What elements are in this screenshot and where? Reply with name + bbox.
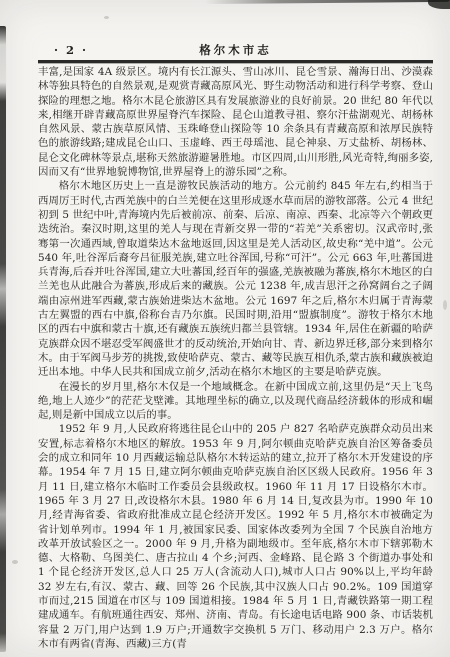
page-header: · 2 · 格尔木市志 [38,42,433,58]
running-title: 格尔木市志 [38,42,433,58]
paragraph-tourism: 丰富,是国家 4A 级景区。境内有长江源头、雪山冰川、昆仑雪景、瀚海日出、沙漠森… [38,65,433,179]
scanned-book-page: · 2 · 格尔木市志 丰富,是国家 4A 级景区。境内有长江源头、雪山冰川、昆… [0,0,450,657]
scan-edge-artifact-top [205,0,450,4]
paragraph-modern-development: 1952 年 9 月,人民政府将逃往昆仑山中的 205 户 827 名哈萨克族群… [38,422,433,651]
paragraph-history: 格尔木地区历史上一直是游牧民族活动的地方。公元前约 845 年左右,约相当于西周… [38,179,433,379]
scan-speck [12,560,18,564]
scan-speck [443,300,447,310]
page-body: 丰富,是国家 4A 级景区。境内有长江源头、雪山冰川、昆仑雪景、瀚海日出、沙漠森… [38,65,433,651]
paragraph-geography-concept: 在漫长的岁月里,格尔木仅是一个地域概念。在新中国成立前,这里仍是“天上飞鸟绝,地… [38,380,433,423]
header-rule [38,60,433,63]
scan-corner-artifact [428,0,450,9]
scan-speck [104,16,109,19]
scan-gutter-shadow [0,26,6,652]
